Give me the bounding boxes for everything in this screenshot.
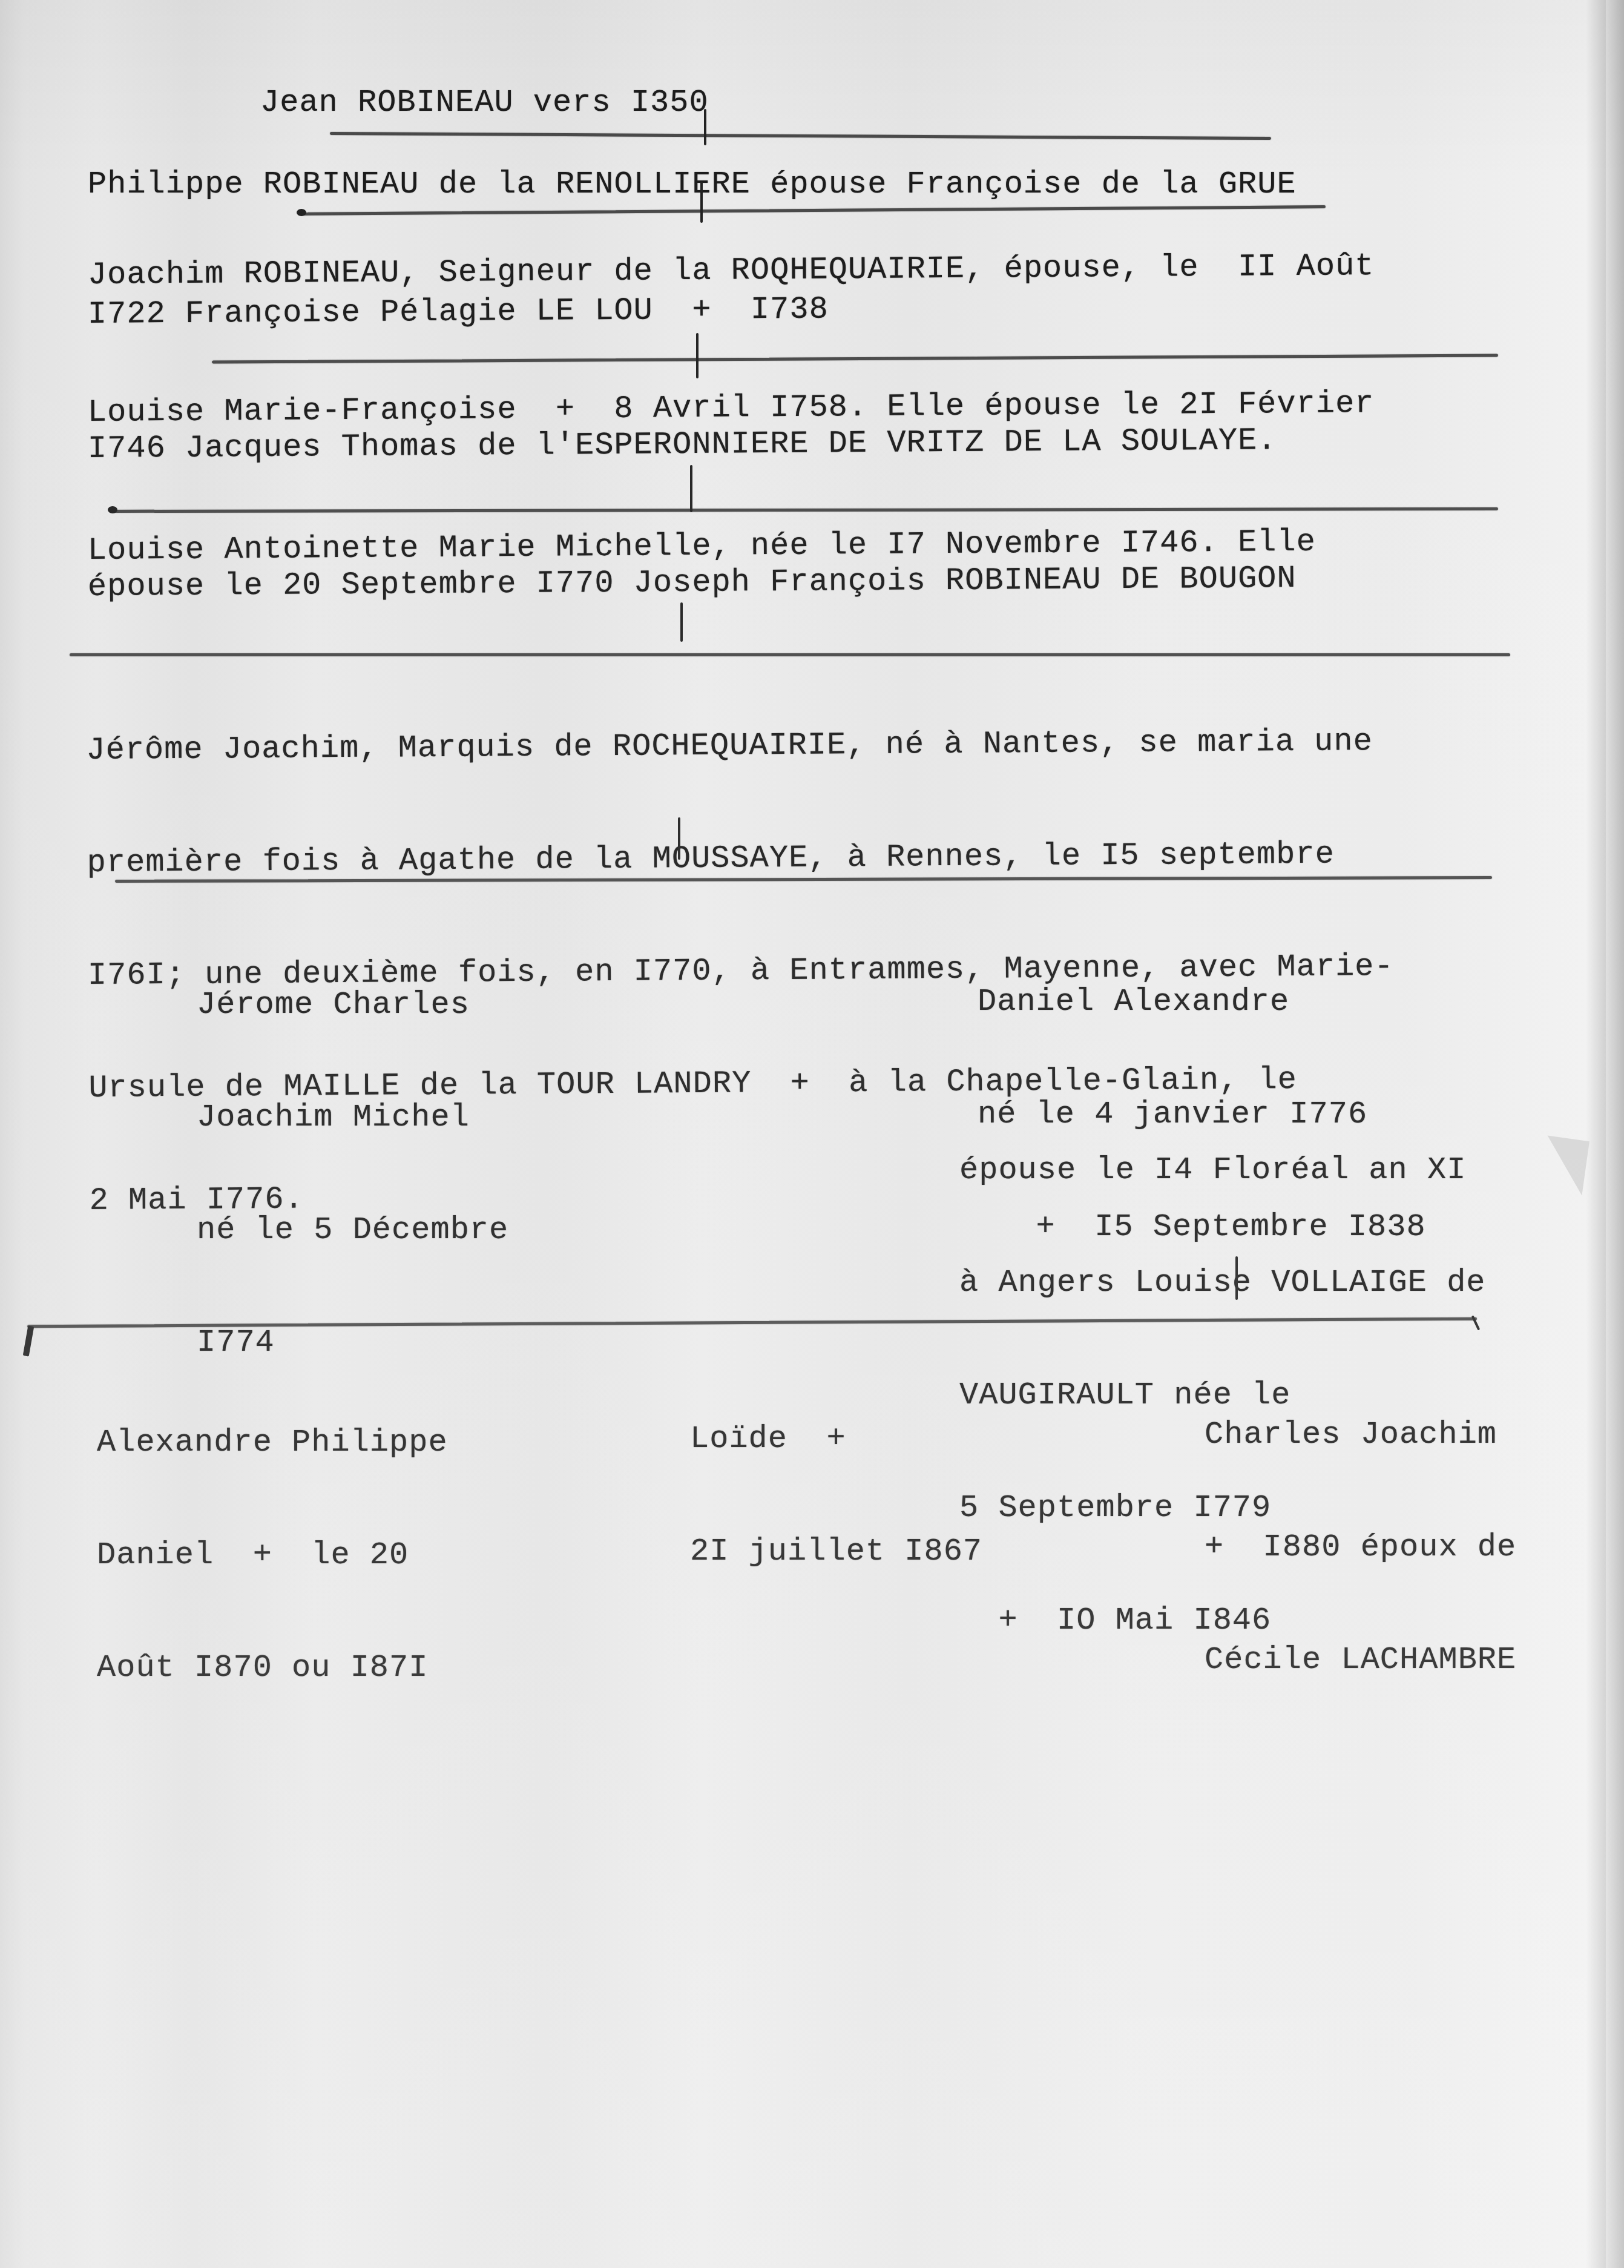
descent-tick bbox=[1235, 1256, 1238, 1300]
descent-tick bbox=[678, 817, 680, 860]
paper-right-edge bbox=[1606, 0, 1624, 2268]
child-alexandre-philippe: Alexandre Philippe Daniel + le 20 Août I… bbox=[97, 1349, 448, 1762]
child-charles-joachim: Charles Joachim + I880 époux de Cécile L… bbox=[1205, 1341, 1516, 1754]
gen5-louise-antoinette-line2: épouse le 20 Septembre I770 Joseph Franç… bbox=[88, 561, 1297, 605]
gen4-louise-marie-francoise-line2: I746 Jacques Thomas de l'ESPERONNIERE DE… bbox=[88, 423, 1277, 467]
child-line: Charles Joachim bbox=[1205, 1416, 1516, 1454]
descent-tick bbox=[680, 602, 683, 642]
descent-tick bbox=[690, 465, 692, 512]
descent-tick bbox=[696, 333, 699, 378]
child-loide: Loïde + 2I juillet I867 bbox=[690, 1345, 982, 1646]
gen3-joachim-robineau-line2: I722 Françoise Pélagie LE LOU + I738 bbox=[88, 291, 829, 333]
child-line: + I880 époux de bbox=[1205, 1529, 1516, 1566]
descent-rule bbox=[112, 507, 1498, 513]
child-line: Cécile LACHAMBRE bbox=[1205, 1641, 1516, 1679]
descent-rule bbox=[300, 205, 1326, 216]
child-line: Daniel Alexandre bbox=[978, 983, 1426, 1021]
descent-rule bbox=[330, 132, 1271, 140]
descent-tick bbox=[700, 182, 703, 223]
gen6-line: première fois à Agathe de la MOUSSAYE, à… bbox=[87, 836, 1393, 882]
gen1-jean-robineau: Jean ROBINEAU vers I350 bbox=[260, 85, 709, 121]
child-line: Loïde + bbox=[690, 1420, 982, 1458]
child-line: Joachim Michel bbox=[197, 1099, 508, 1136]
rule-start-mark bbox=[23, 1326, 35, 1357]
gen3-joachim-robineau-line1: Joachim ROBINEAU, Seigneur de la ROQHEQU… bbox=[88, 248, 1375, 294]
gen6-line: Jérôme Joachim, Marquis de ROCHEQUAIRIE,… bbox=[86, 723, 1392, 770]
child-line: né le 5 Décembre bbox=[197, 1211, 508, 1249]
child-line: Août I870 ou I87I bbox=[97, 1649, 448, 1687]
descent-tick bbox=[704, 109, 706, 145]
paper-fold-crease bbox=[1540, 1136, 1589, 1196]
paper-page: Jean ROBINEAU vers I350 Philippe ROBINEA… bbox=[0, 0, 1624, 2268]
gen2-philippe-robineau: Philippe ROBINEAU de la RENOLLIERE épous… bbox=[88, 166, 1297, 203]
child-line: Daniel + le 20 bbox=[97, 1537, 448, 1574]
rule-start-mark bbox=[297, 209, 306, 216]
rule-start-mark bbox=[108, 506, 117, 513]
descent-rule bbox=[212, 354, 1498, 363]
marriage-line: épouse le I4 Floréal an XI bbox=[959, 1152, 1486, 1189]
child-line: 2I juillet I867 bbox=[690, 1533, 982, 1571]
child-line: Jérome Charles bbox=[197, 986, 508, 1024]
marriage-line: à Angers Louise VOLLAIGE de bbox=[959, 1264, 1486, 1302]
child-line: Alexandre Philippe bbox=[97, 1424, 448, 1462]
